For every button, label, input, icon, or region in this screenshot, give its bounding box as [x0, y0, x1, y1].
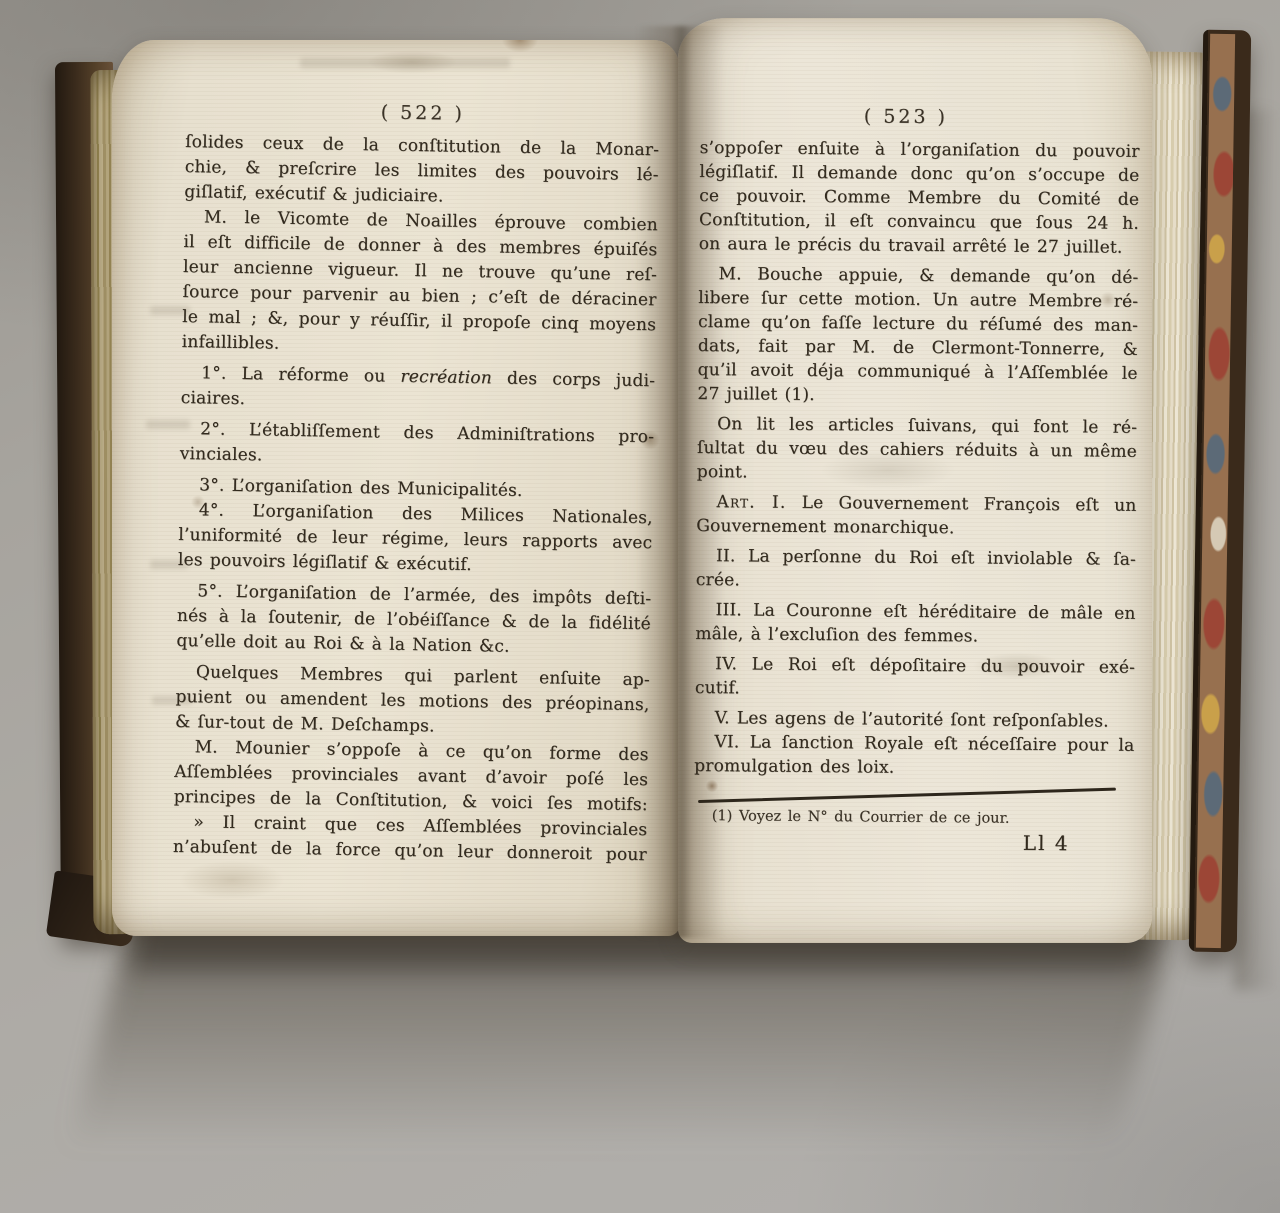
- ink-bleed-smudge: [300, 58, 510, 68]
- footnote: (1) Voyez le N° du Courrier de ce jour.: [694, 807, 1134, 827]
- marbled-paper: [1196, 34, 1235, 948]
- text-line: 27 juillet (1).: [697, 382, 1137, 410]
- text-line: mâle, à l’excluſion des femmes.: [695, 622, 1135, 650]
- page-number-right: ( 523 ): [686, 104, 1126, 130]
- text-line: IV. Le Roi eſt dépoſitaire du pouvoir ex…: [695, 652, 1135, 680]
- text-line: point.: [697, 460, 1137, 488]
- text-line: crée.: [696, 568, 1136, 596]
- text-line: II. La perſonne du Roi eſt inviolable & …: [696, 544, 1136, 572]
- page-522-text: ( 522 ) ſolides ceux de la conſtitution …: [173, 98, 660, 868]
- footnote-rule: [698, 788, 1116, 803]
- page-523-lines: s’oppoſer enſuite à l’organiſation du po…: [694, 136, 1140, 782]
- text-line: cutif.: [695, 676, 1135, 704]
- page-522-lines: ſolides ceux de la conſtitution de la Mo…: [173, 130, 660, 868]
- text-line: promulgation des loix.: [694, 754, 1134, 782]
- signature-mark: Ll 4: [693, 827, 1133, 855]
- text-line: ſultat du vœu des cahiers réduits à un m…: [697, 436, 1137, 464]
- text-line: on aura le précis du travail arrêté le 2…: [699, 232, 1139, 260]
- page-523-text: ( 523 ) s’oppoſer enſuite à l’organiſati…: [693, 104, 1140, 855]
- text-line: Gouvernement monarchique.: [696, 514, 1136, 542]
- photograph-open-book: ( 522 ) ſolides ceux de la conſtitution …: [0, 0, 1280, 1213]
